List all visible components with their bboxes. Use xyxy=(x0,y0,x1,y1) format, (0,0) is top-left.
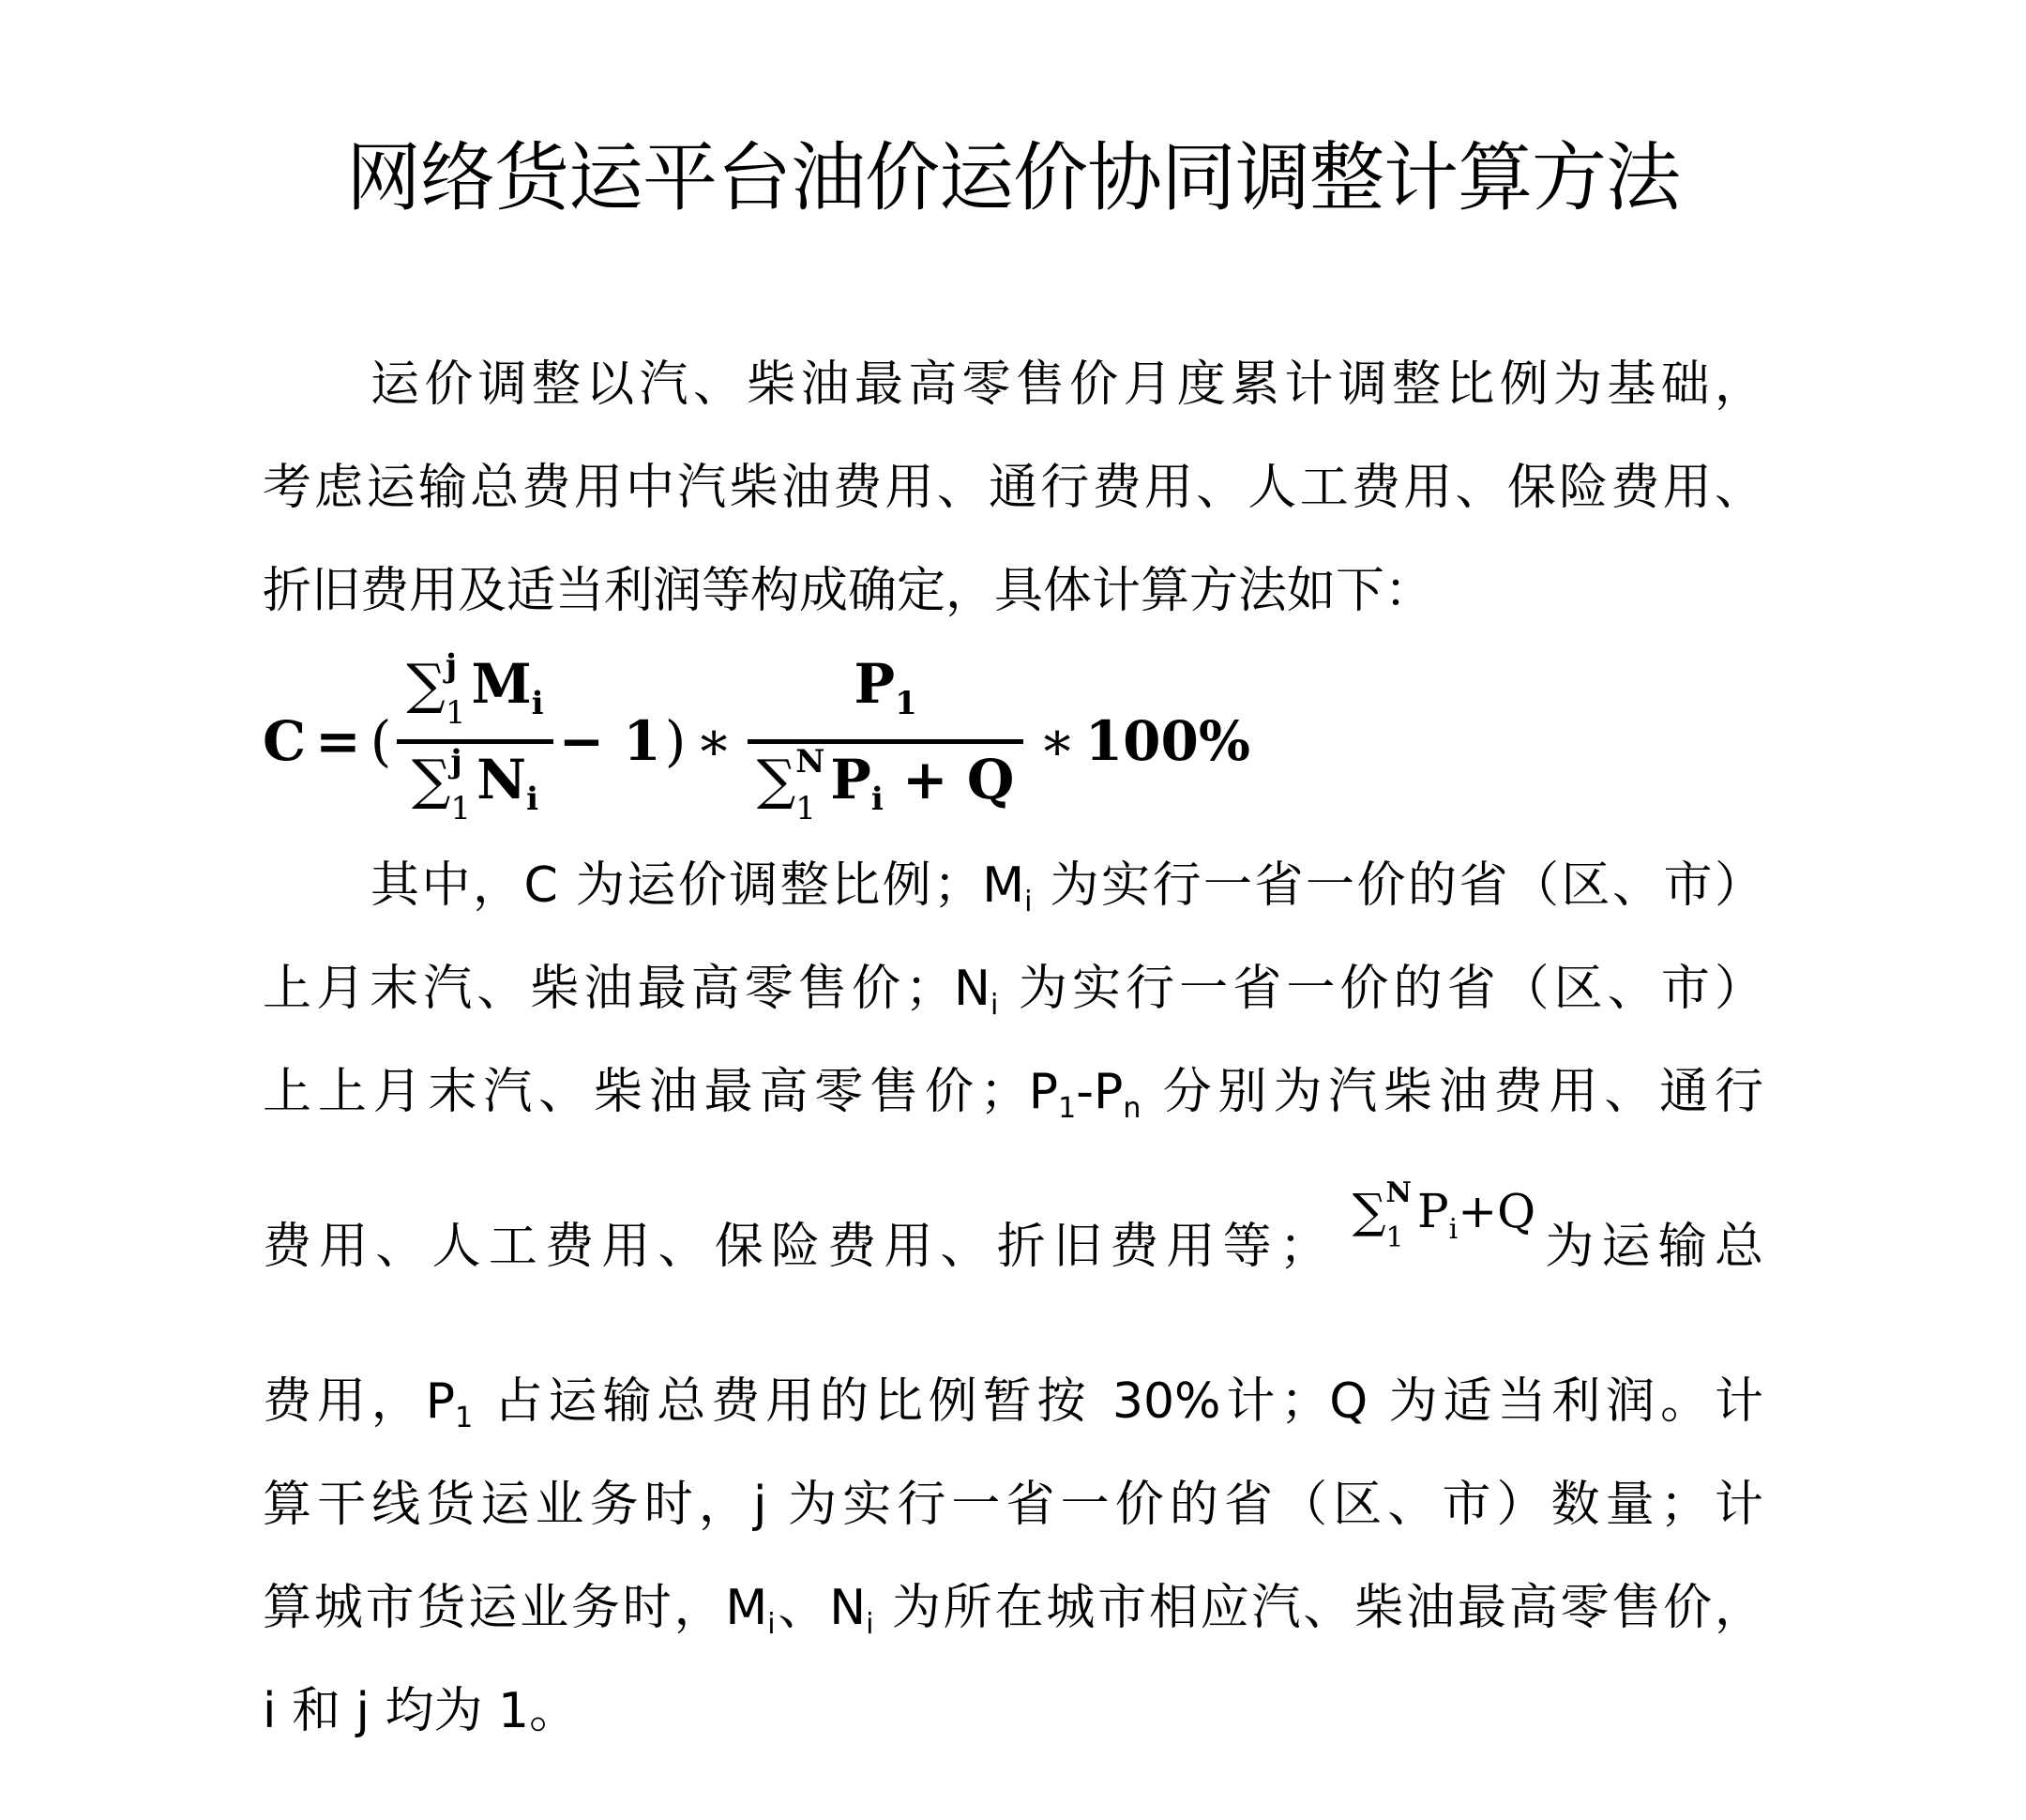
fuel-price-ratio-fraction: ∑j1Mi ∑j1Ni xyxy=(397,648,552,835)
var-p-sub: i xyxy=(1449,1213,1459,1246)
text-segment: 为实行一省一价的省（区、市） xyxy=(1033,857,1763,914)
sum-lower: 1 xyxy=(1386,1224,1412,1252)
sum-lower: 1 xyxy=(446,698,466,728)
fraction-numerator: P1 xyxy=(844,648,926,739)
formula-equals: = xyxy=(315,709,361,773)
var-p: P xyxy=(854,652,895,716)
text-segment: 为所在城市相应汽、柴油最高零售价， xyxy=(874,1580,1764,1636)
sum-limits: j1 xyxy=(446,659,466,719)
subscript: 1 xyxy=(1058,1092,1076,1125)
sum-limits: j1 xyxy=(450,754,471,814)
sum-limits: N1 xyxy=(795,754,824,814)
definitions-line-1: 其中，C 为运价调整比例；Mi 为实行一省一价的省（区、市） xyxy=(370,856,1763,916)
definitions-line-7: 算城市货运业务时，Mi、Ni 为所在城市相应汽、柴油最高零售价， xyxy=(263,1578,1763,1638)
sum-symbol: ∑ xyxy=(757,748,795,811)
var-p-sub: 1 xyxy=(895,685,917,722)
freight-adjustment-formula: C = ( ∑j1Mi ∑j1Ni − 1 ) ∗ P1 ∑N1Pi + Q ∗… xyxy=(263,647,1313,835)
formula-open-paren: ( xyxy=(370,709,392,773)
text-segment: -P xyxy=(1076,1064,1123,1120)
var-n-sub: i xyxy=(526,781,538,818)
text-segment: 上月末汽、柴油最高零售价；N xyxy=(263,961,990,1017)
formula-percent: 100% xyxy=(1085,709,1250,773)
text-segment: 占运输总费用的比例暂按 30%计；Q 为适当利润。计 xyxy=(473,1373,1763,1430)
text-segment: 上上月末汽、柴油最高零售价；P xyxy=(263,1064,1058,1120)
formula-times: ∗ xyxy=(1038,709,1075,773)
formula-lhs: C xyxy=(263,709,306,773)
definitions-line-4: 费用、人工费用、保险费用、折旧费用等；∑N1Pi+Q为运输总 xyxy=(263,1217,1763,1296)
definitions-line-3: 上上月末汽、柴油最高零售价；P1-Pn 分别为汽柴油费用、通行 xyxy=(263,1062,1763,1122)
plus-q: + Q xyxy=(902,748,1014,811)
document-title: 网络货运平台油价运价协同调整计算方法 xyxy=(0,133,2026,223)
sum-symbol: ∑ xyxy=(406,652,445,716)
sum-upper: N xyxy=(1386,1179,1412,1207)
text-segment: 其中，C 为运价调整比例；M xyxy=(370,857,1024,914)
subscript: i xyxy=(1024,886,1032,918)
inline-total-cost-formula: ∑N1Pi+Q xyxy=(1353,1181,1535,1260)
intro-line-1: 运价调整以汽、柴油最高零售价月度累计调整比例为基础， xyxy=(370,355,1763,415)
var-p-sub: i xyxy=(871,781,884,818)
definitions-line-6: 算干线货运业务时，j 为实行一省一价的省（区、市）数量；计 xyxy=(263,1475,1763,1535)
var-m: M xyxy=(471,652,531,716)
text-segment: 、N xyxy=(776,1580,867,1636)
text-segment: 算城市货运业务时，M xyxy=(263,1580,767,1636)
text-segment: 费用、人工费用、保险费用、折旧费用等； xyxy=(263,1219,1328,1275)
text-segment: 为实行一省一价的省（区、市） xyxy=(998,961,1763,1017)
sum-upper: N xyxy=(795,747,824,777)
text-segment: 分别为汽柴油费用、通行 xyxy=(1141,1064,1763,1120)
fuel-cost-share-fraction: P1 ∑N1Pi + Q xyxy=(748,648,1024,835)
text-segment: 费用，P xyxy=(263,1373,455,1430)
var-n: N xyxy=(476,748,526,811)
intro-line-2: 考虑运输总费用中汽柴油费用、通行费用、人工费用、保险费用、 xyxy=(263,458,1763,518)
subscript: n xyxy=(1123,1092,1141,1125)
var-p: P xyxy=(1417,1184,1449,1238)
sum-upper: j xyxy=(446,651,466,681)
fraction-denominator: ∑N1Pi + Q xyxy=(748,744,1024,835)
var-m-sub: i xyxy=(532,685,544,722)
formula-times: ∗ xyxy=(695,709,732,773)
subscript: i xyxy=(767,1608,775,1641)
subscript: i xyxy=(866,1608,873,1641)
sum-lower: 1 xyxy=(450,794,471,824)
sum-upper: j xyxy=(450,747,471,777)
var-p: P xyxy=(830,748,871,811)
formula-minus-one: − 1 xyxy=(559,709,661,773)
definitions-line-5: 费用，P1 占运输总费用的比例暂按 30%计；Q 为适当利润。计 xyxy=(263,1372,1763,1432)
formula-close-paren: ) xyxy=(665,709,687,773)
sum-lower: 1 xyxy=(795,794,824,824)
text-segment: 为运输总 xyxy=(1537,1219,1763,1275)
sum-symbol: ∑ xyxy=(412,748,450,811)
sum-symbol: ∑ xyxy=(1353,1184,1386,1238)
fraction-denominator: ∑j1Ni xyxy=(402,744,548,835)
subscript: 1 xyxy=(455,1402,473,1434)
definitions-line-2: 上月末汽、柴油最高零售价；Ni 为实行一省一价的省（区、市） xyxy=(263,959,1763,1019)
fraction-numerator: ∑j1Mi xyxy=(397,648,552,739)
intro-line-3: 折旧费用及适当利润等构成确定，具体计算方法如下： xyxy=(263,561,1763,621)
plus-q: +Q xyxy=(1458,1184,1535,1238)
definitions-line-8: i 和 j 均为 1。 xyxy=(263,1681,1763,1741)
sum-limits: N1 xyxy=(1386,1187,1412,1243)
